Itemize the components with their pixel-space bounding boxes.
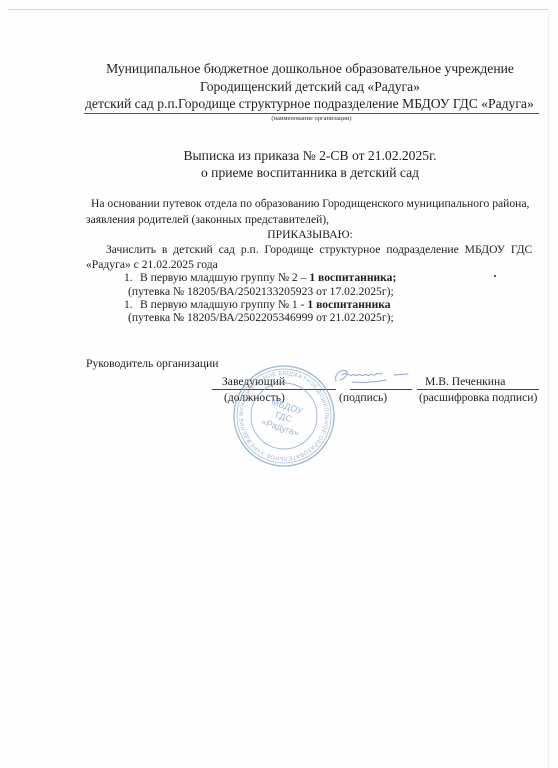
stamp-center-line3: «Радуга» [260, 417, 300, 438]
enroll-text-line1: Зачислить в детский сад р.п. Городище ст… [106, 242, 532, 257]
document-page: Муниципальное бюджетное дошкольное образ… [0, 0, 558, 768]
name-caption: (расшифровка подписи) [419, 390, 537, 405]
position-caption: (должность) [224, 390, 285, 405]
enrollment-group: В первую младшую группу № 2 – [140, 271, 309, 284]
organization-underline [84, 113, 539, 114]
basis-text-line2: заявления родителей (законных представит… [86, 212, 329, 227]
enrollment-count: 1 воспитанника; [309, 271, 396, 284]
enrollment-number: 1. [124, 270, 140, 285]
handwritten-signature-icon [332, 365, 422, 387]
basis-text-line1: На основании путевок отдела по образован… [91, 196, 529, 211]
position-value: Заведующий [222, 374, 285, 389]
document-subtitle: о приеме воспитанника в детский сад [160, 165, 460, 180]
organization-caption: (наименование организации) [84, 115, 539, 123]
stamp-center-line2: ГДС [274, 410, 294, 425]
enrollment-voucher: (путевка № 18205/ВА/2502205346999 от 21.… [128, 310, 394, 325]
document-title: Выписка из приказа № 2-СВ от 21.02.2025г… [160, 148, 460, 163]
stray-mark [494, 275, 496, 277]
enrollment-item: 1.В первую младшую группу № 2 – 1 воспит… [124, 270, 396, 285]
scan-edge-line [8, 9, 548, 10]
scan-edge-shadow [548, 10, 549, 768]
organization-name-line2: Городищенский детский сад «Радуга» [80, 79, 540, 94]
order-word: ПРИКАЗЫВАЮ: [70, 227, 550, 242]
organization-name-line1: Муниципальное бюджетное дошкольное образ… [80, 61, 540, 76]
head-label: Руководитель организации [86, 356, 218, 371]
signer-name: М.В. Печенкина [425, 374, 505, 389]
organization-name-line3: детский сад р.п.Городище структурное под… [85, 96, 534, 111]
signature-caption: (подпись) [339, 390, 387, 405]
